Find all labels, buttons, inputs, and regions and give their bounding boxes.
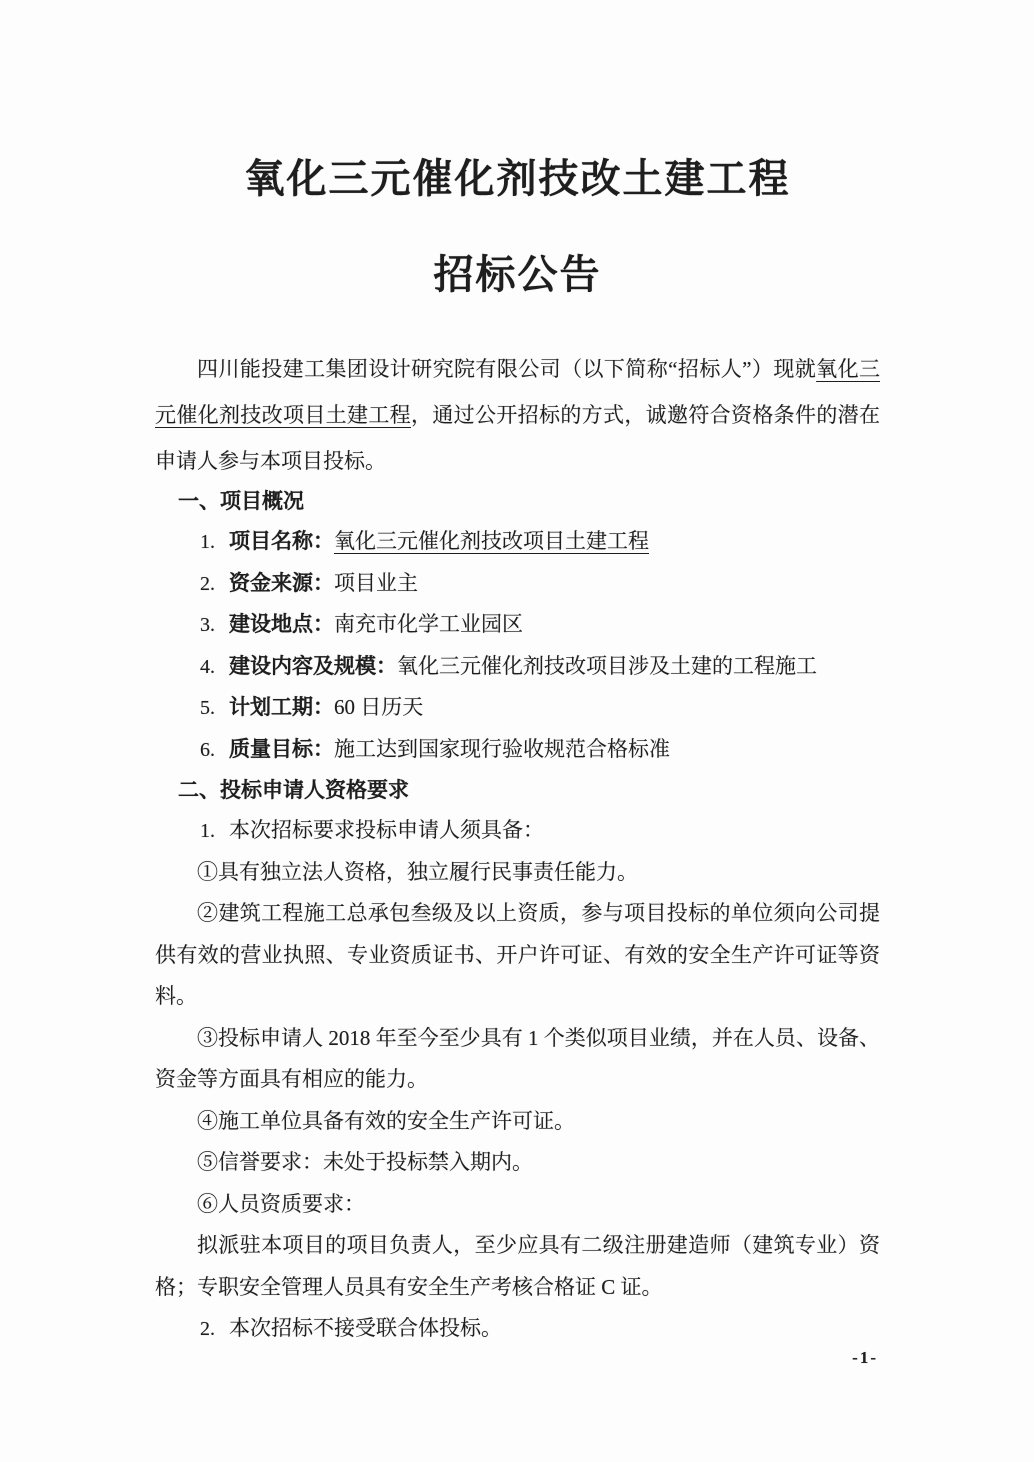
item-value: 60 日历天	[334, 695, 423, 719]
item-number: 6.	[200, 730, 229, 771]
personnel-note-paragraph: 拟派驻本项目的项目负责人，至少应具有二级注册建造师（建筑专业）资格；专职安全管理…	[155, 1225, 880, 1308]
section2-item1: 1.本次招标要求投标申请人须具备：	[155, 810, 880, 852]
item-label: 计划工期：	[229, 695, 334, 719]
list-item-scope: 4.建设内容及规模：氧化三元催化剂技改项目涉及土建的工程施工	[155, 646, 880, 688]
item-number: 4.	[200, 647, 229, 688]
item-label: 资金来源：	[229, 571, 334, 595]
item-value: 氧化三元催化剂技改项目土建工程	[334, 529, 649, 553]
item-number: 5.	[200, 688, 229, 729]
list-item-quality-target: 6.质量目标：施工达到国家现行验收规范合格标准	[155, 729, 880, 771]
item-value: 项目业主	[334, 571, 418, 595]
item-number: 2.	[200, 564, 229, 605]
list-item-schedule: 5.计划工期：60 日历天	[155, 687, 880, 729]
clause-reputation: ⑤信誉要求：未处于投标禁入期内。	[155, 1142, 880, 1184]
section1-item-list: 1.项目名称：氧化三元催化剂技改项目土建工程 2.资金来源：项目业主 3.建设地…	[155, 521, 880, 770]
item-value: 施工达到国家现行验收规范合格标准	[334, 737, 670, 761]
clause-qualification-grade: ②建筑工程施工总承包叁级及以上资质，参与项目投标的单位须向公司提供有效的营业执照…	[155, 893, 880, 1018]
clause-safety-license: ④施工单位具备有效的安全生产许可证。	[155, 1101, 880, 1143]
document-subtitle: 招标公告	[155, 252, 880, 298]
document-page: 氧化三元催化剂技改土建工程 招标公告 四川能投建工集团设计研究院有限公司（以下简…	[0, 0, 1034, 1462]
item-value: 氧化三元催化剂技改项目涉及土建的工程施工	[397, 654, 817, 678]
item-label: 建设内容及规模：	[229, 654, 397, 678]
list-item-funding-source: 2.资金来源：项目业主	[155, 563, 880, 605]
clause-personnel-requirement: ⑥人员资质要求：	[155, 1184, 880, 1226]
item-number: 1.	[200, 522, 229, 563]
intro-paragraph: 四川能投建工集团设计研究院有限公司（以下简称“招标人”）现就氧化三元催化剂技改项…	[155, 346, 880, 484]
section2-heading: 二、投标申请人资格要求	[155, 770, 880, 810]
list-item-construction-site: 3.建设地点：南充市化学工业园区	[155, 604, 880, 646]
clause-legal-person: ①具有独立法人资格，独立履行民事责任能力。	[155, 852, 880, 894]
item-label: 质量目标：	[229, 737, 334, 761]
clause-similar-performance: ③投标申请人 2018 年至今至少具有 1 个类似项目业绩，并在人员、设备、资金…	[155, 1018, 880, 1101]
item-number: 2.	[200, 1309, 229, 1350]
item-label: 项目名称：	[229, 529, 334, 553]
section2-item2: 2.本次招标不接受联合体投标。	[155, 1308, 880, 1350]
document-content: 氧化三元催化剂技改土建工程 招标公告 四川能投建工集团设计研究院有限公司（以下简…	[155, 0, 880, 1350]
item-text: 本次招标不接受联合体投标。	[229, 1316, 502, 1340]
section1-heading: 一、项目概况	[155, 481, 880, 521]
list-item-project-name: 1.项目名称：氧化三元催化剂技改项目土建工程	[155, 521, 880, 563]
item-number: 1.	[200, 811, 229, 852]
item-label: 建设地点：	[229, 612, 334, 636]
item-value: 南充市化学工业园区	[334, 612, 523, 636]
page-number: -1-	[852, 1348, 878, 1368]
item-text: 本次招标要求投标申请人须具备：	[229, 818, 544, 842]
item-number: 3.	[200, 605, 229, 646]
document-title: 氧化三元催化剂技改土建工程	[155, 156, 880, 202]
